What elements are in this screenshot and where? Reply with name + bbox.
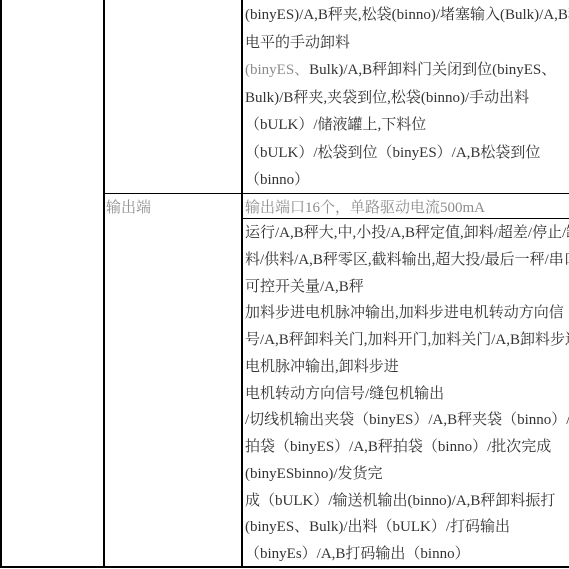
spec-line: 电平的手动卸料 bbox=[245, 30, 569, 58]
spec-line: 加料步进电机脉冲输出,加料步进电机转动方向信 bbox=[245, 300, 569, 327]
spec-line: (binyESbinno)/发货完 bbox=[245, 461, 569, 488]
spec-line-segment: Bulk)/A,B秤卸料门关闭到位(binyES、 bbox=[309, 62, 556, 78]
spec-line: (binyES、Bulk)/出料（bULK）/打码输出 bbox=[245, 514, 569, 541]
spec-line: /切线机输出夹袋（binyES）/A,B秤夹袋（binno）/ bbox=[245, 407, 569, 434]
input-spec-cell: (binyES)/A,B秤夹,松袋(binno)/堵塞输入(Bulk)/A,B秤… bbox=[245, 2, 569, 195]
spec-line: (binyES、Bulk)/A,B秤卸料门关闭到位(binyES、 bbox=[245, 57, 569, 85]
spec-line: 电机转动方向信号/缝包机输出 bbox=[245, 381, 569, 408]
output-ports-summary: 输出端口16个，单路驱动电流500mA bbox=[245, 196, 569, 220]
spec-line: 拍袋（binyES）/A,B秤拍袋（binno）/批次完成 bbox=[245, 434, 569, 461]
spec-line: 号/A,B秤卸料关门,加料开门,加料关门/A,B卸料步进 bbox=[245, 327, 569, 354]
spec-line: 电机脉冲输出,卸料步进 bbox=[245, 354, 569, 381]
spec-line-gray-segment: (binyES、 bbox=[245, 62, 309, 78]
spec-line: 料/供料/A,B秤零区,截料输出,超大投/最后一秤/串口 bbox=[245, 247, 569, 274]
spec-line: 成（bULK）/输送机输出(binno)/A,B秤卸料振打 bbox=[245, 488, 569, 515]
table-border-column-1 bbox=[103, 0, 105, 567]
spec-line: （bULK）/松袋到位（binyES）/A,B松袋到位 bbox=[245, 140, 569, 168]
spec-table-document: (binyES)/A,B秤夹,松袋(binno)/堵塞输入(Bulk)/A,B秤… bbox=[0, 0, 569, 569]
left-column-cell bbox=[2, 0, 102, 566]
spec-line: （binyEs）/A,B打码输出（binno） bbox=[245, 541, 569, 568]
spec-line: （bULK）/储液罐上,下料位 bbox=[245, 112, 569, 140]
spec-line: 可控开关量/A,B秤 bbox=[245, 274, 569, 301]
spec-line: Bulk)/B秤夹,夹袋到位,松袋(binno)/手动出料 bbox=[245, 85, 569, 113]
table-border-column-2 bbox=[241, 0, 243, 567]
output-row-label: 输出端 bbox=[106, 196, 236, 220]
spec-line: (binyES)/A,B秤夹,松袋(binno)/堵塞输入(Bulk)/A,B秤 bbox=[245, 2, 569, 30]
output-spec-cell: 运行/A,B秤大,中,小投/A,B秤定值,卸料/超差/停止/缺 料/供料/A,B… bbox=[245, 220, 569, 568]
spec-line: 运行/A,B秤大,中,小投/A,B秤定值,卸料/超差/停止/缺 bbox=[245, 220, 569, 247]
spec-line: （binno） bbox=[245, 167, 569, 195]
